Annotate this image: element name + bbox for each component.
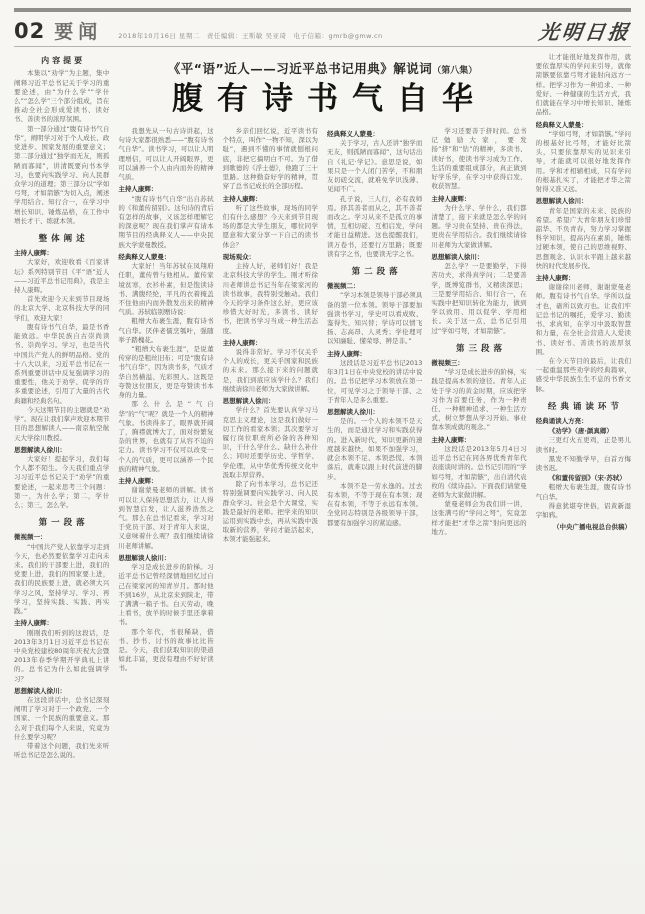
section-heading: 经典诵读环节: [536, 401, 631, 413]
body-paragraph: 第一部分通过“腹有诗书气自华”，阐明学习对于个人成长、政党进步、国家发展的重要意…: [14, 125, 109, 226]
body-paragraph: 孔子说，三人行，必有我师焉。择其善者而从之，其不善者而改之。学习从来不是孤立的事…: [327, 195, 422, 260]
speaker-label: 微视频三：: [431, 359, 526, 368]
body-paragraph: 乡亲们回忆说，近平读书有个特点，叫作“一物不知，深以为耻”，遇到不懂的事情就刨根…: [223, 127, 318, 192]
speaker-label: 思想解读人徐川：: [431, 253, 526, 262]
speaker-label: 思想解读人徐川：: [14, 687, 109, 696]
speaker-label: 经典诵读人方亮：: [536, 417, 631, 426]
body-paragraph: 主持人好，老师们好！我是北京科技大学的学生。刚才听徐川老师讲总书记当年在梁家河的…: [223, 262, 318, 336]
body-paragraph: 说得非常好。学习不仅关乎个人的成长，更关乎国家和民族的未来。那么接下来的问题就是…: [223, 348, 318, 394]
body-paragraph: 听了这些故事，现场的同学们有什么感想？今天来到节目现场的都是大学生朋友，哪位同学…: [223, 204, 318, 250]
speaker-label: 经典释义人蒙曼：: [536, 121, 631, 130]
kicker-text: 《平“语”近人——习近平总书记用典》解说词: [168, 61, 432, 76]
body-paragraph: 是的。一个人的本领不是天生的，而是通过学习和实践获得的。进入新时代，知识更新的速…: [327, 417, 422, 482]
verse-line: 黑发不知勤学早，白首方悔读书迟。: [536, 455, 631, 473]
body-paragraph: 大家好！提起学习，我们每个人都不陌生。今天我们重点学习习近平总书记关于“劝学”的…: [14, 455, 109, 510]
speaker-label: 微视频一：: [14, 533, 109, 542]
page-number: 02: [14, 21, 45, 42]
text-column-6: 让才能很好地发挥作用，就要依靠厚实的学问来引导，就像箭镞要依靠弓弩才能射向远方一…: [536, 53, 631, 906]
speaker-label: 现场观众：: [223, 253, 318, 262]
body-paragraph: 大家好，欢迎收看《百家讲坛》系列特别节目《平“语”近人——习近平总书记用典》，我…: [14, 258, 109, 295]
header-rule: [14, 46, 631, 47]
body-paragraph: 让才能很好地发挥作用，就要依靠厚实的学问来引导，就像箭镞要依靠弓弩才能射向远方一…: [536, 53, 631, 118]
speaker-label: 主持人康辉：: [431, 195, 526, 204]
body-paragraph: “中国共产党人依靠学习走到今天，也必然要依靠学习走向未来。我们的干部要上进，我们…: [14, 543, 109, 617]
speaker-label: 主持人康辉：: [118, 185, 213, 194]
newspaper-page: 02 要闻 2018年10月16日 星期二 责任编辑：王斯敏 吴亚琦 电子信箱：…: [0, 0, 645, 914]
text-column-4: 经典释义人蒙曼：关于学习，古人还讲“独学而无友，则孤陋而寡闻”，这句话出自《礼记…: [327, 127, 422, 906]
body-paragraph: 在今天节目的最后，让我们一起重温那些劝学的经典篇章，感受中华民族生生不息的书香文…: [536, 357, 631, 394]
top-rule: [14, 8, 631, 12]
section-heading: 第三段落: [431, 343, 526, 355]
body-paragraph: “粗缯大布裹生涯”，是说董传穿的是粗丝旧布；可是“腹有诗书气自华”，因为读书多，…: [118, 345, 213, 400]
body-paragraph: 带着这个问题，我们先来听听总书记是怎么说的。: [14, 742, 109, 760]
body-paragraph: 我想先从一句古诗讲起，这句诗大家都很熟悉——“腹有诗书气自华”。读书学习，可以让…: [118, 127, 213, 182]
speaker-label: 主持人康辉：: [14, 619, 109, 628]
body-paragraph: 除了向书本学习，总书记还特别强调要向实践学习、向人民群众学习。社会是个大课堂，实…: [223, 480, 318, 545]
section-heading: 第一段落: [14, 517, 109, 529]
body-paragraph: 学习还要善于挤时间。总书记勉励大家，要发扬“挤”和“钻”的精神，多读书、读好书，…: [431, 127, 526, 192]
verse-line: 粗缯大布裹生涯，腹有诗书气自华。厌伴老儒烹瓠叶，强随举子踏槐花。: [118, 317, 213, 345]
body-paragraph: “腹有诗书气自华”出自苏轼的《和董传留别》。这句诗的背后有怎样的故事，又该怎样理…: [118, 195, 213, 250]
speaker-label: 主持人康辉：: [536, 274, 631, 283]
body-paragraph: 为什么学、学什么，我们都清楚了，接下来就是怎么学的问题。学习贵在坚持、贵在得法，…: [431, 204, 526, 250]
body-paragraph: 这段话是2013年5月4日习近平总书记在同各界优秀青年代表座谈时讲的。总书记引用…: [431, 445, 526, 500]
article-kicker: 《平“语”近人——习近平总书记用典》解说词（第八集）: [118, 58, 526, 77]
speaker-label: 主持人康辉：: [431, 436, 526, 445]
body-paragraph: 刚刚我们听到的这段话，是2013年3月1日习近平总书记在中央党校建校80周年庆祝…: [14, 629, 109, 684]
verse-title: 《劝学》（唐·颜真卿）: [536, 427, 631, 436]
body-paragraph: 那么什么是“气自华”的“气”呢？就是一个人的精神气象。书读得多了，眼界就开阔了，…: [118, 400, 213, 474]
speaker-label: 微视频二：: [327, 282, 422, 291]
section-title: 要闻: [54, 23, 102, 42]
section-heading: 第二段落: [327, 266, 422, 278]
article-headline: 腹有诗书气自华: [118, 82, 526, 116]
speaker-label: 思想解读人徐川：: [14, 446, 109, 455]
body-paragraph: “学习本领是领导干部必须具备的第一位本领。领导干部要加强读书学习，学史可以看成败…: [327, 291, 422, 346]
body-paragraph: 首先欢迎今天来到节目现场的北京大学、北京科技大学的同学们，欢迎大家！: [14, 295, 109, 323]
body-paragraph: 在这段讲话中，总书记深刻阐明了学习对于一个政党、一个国家、一个民族的重要意义。那…: [14, 696, 109, 742]
text-column-1: 内容提要本集以“劝学”为主题，集中阐释习近平总书记关于学习的重要论述，由“为什么…: [14, 53, 109, 906]
verse-line: 粗缯大布裹生涯，腹有诗书气自华。: [536, 483, 631, 501]
body-paragraph: 蒙曼老师会为我们讲一讲，这张满弓的“学问之弩”，究竟怎样才能把“才华之箭”射向更…: [431, 500, 526, 537]
dateline: 2018年10月16日 星期二 责任编辑：王斯敏 吴亚琦 电子信箱：gmrb@g…: [118, 31, 382, 40]
body-paragraph: “学习是成长进步的阶梯，实践是提高本领的途径。青年人正处于学习的黄金时期，应该把…: [431, 368, 526, 433]
summary-heading: 内容提要: [14, 55, 109, 66]
body-paragraph: 那个年代，书很稀缺，借书、抄书、讨书的故事比比皆是。今天，我们获取知识的渠道如此…: [118, 628, 213, 674]
speaker-label: 主持人康辉：: [327, 350, 422, 359]
body-paragraph: 大家好！当年苏轼在凤翔府任职，董传曾与他相从。董传家境贫寒，衣衫朴素，但是饱读诗…: [118, 262, 213, 317]
text-column-5: 学习还要善于挤时间。总书记勉励大家，要发扬“挤”和“钻”的精神，多读书、读好书，…: [431, 127, 526, 906]
speaker-label: 主持人康辉：: [223, 195, 318, 204]
kicker-episode-note: （第八集）: [432, 66, 477, 76]
speaker-label: 思想解读人徐川：: [327, 408, 422, 417]
speaker-label: 思想解读人徐川：: [536, 197, 631, 206]
speaker-label: 思想解读人徐川：: [118, 554, 213, 563]
verse-line: 得意犹堪夸世俗，诏黄新湿字如鸦。: [536, 502, 631, 520]
verse-line: 三更灯火五更鸡，正是男儿读书时。: [536, 436, 631, 454]
body-paragraph: 这段话是习近平总书记2013年3月1日在中央党校的讲话中说的。总书记把学习本领放…: [327, 359, 422, 405]
text-column-3: 乡亲们回忆说，近平读书有个特点，叫作“一物不知，深以为耻”，遇到不懂的事情就刨根…: [223, 127, 318, 906]
body-paragraph: 关于学习，古人还讲“独学而无友，则孤陋而寡闻”，这句话出自《礼记·学记》。意思是…: [327, 139, 422, 194]
body-paragraph: 谢谢蒙曼老师的讲解。读书可以让人保持思想活力，让人得到智慧启发，让人滋养浩然之气…: [118, 486, 213, 551]
body-paragraph: 今天这期节目的主题就是“劝学”。现在让我们掌声欢迎本期节目的思想解读人——南京航…: [14, 406, 109, 443]
body-paragraph: “学如弓弩，才如箭镞。”学问的根基好比弓弩，才能好比箭头，只要依靠厚实的见识来引…: [536, 130, 631, 195]
page-header: 02 要闻 2018年10月16日 星期二 责任编辑：王斯敏 吴亚琦 电子信箱：…: [14, 16, 631, 42]
text-column-2: 我想先从一句古诗讲起，这句诗大家都很熟悉——“腹有诗书气自华”。读书学习，可以让…: [118, 127, 213, 906]
speaker-label: 经典释义人蒙曼：: [327, 130, 422, 139]
credit-line: （中央广播电视总台供稿）: [536, 523, 631, 532]
speaker-label: 主持人康辉：: [223, 339, 318, 348]
masthead-logo: 光明日报: [538, 22, 633, 42]
page-body: 《平“语”近人——习近平总书记用典》解说词（第八集） 腹有诗书气自华 内容提要本…: [14, 53, 631, 906]
body-paragraph: 腹有诗书气自华，最是书香能致远。中华民族自古崇尚读书、崇尚学习。学习，也是当代中…: [14, 323, 109, 406]
speaker-label: 经典释义人蒙曼：: [118, 253, 213, 262]
speaker-label: 主持人康辉：: [118, 477, 213, 486]
body-paragraph: 谢谢徐川老师，谢谢蒙曼老师。腹有诗书气自华。学所以益才也，砺所以致刃也。让我们牢…: [536, 283, 631, 357]
body-paragraph: 学什么？首先要认真学习马克思主义理论，这是我们做好一切工作的看家本领；其次要学习…: [223, 406, 318, 480]
speaker-label: 思想解读人徐川：: [223, 397, 318, 406]
body-paragraph: 本领不是一劳永逸的。过去有本领，不等于现在有本领；现在有本领，不等于永远有本领。…: [327, 482, 422, 528]
body-paragraph: 学习是成长进步的阶梯。习近平总书记曾经深情地回忆过自己在梁家河的知青岁月。那时他…: [118, 563, 213, 628]
body-paragraph: 青年是国家的未来、民族的希望。希望广大青年朋友们珍惜韶华、不负青春，努力学习掌握…: [536, 207, 631, 272]
body-paragraph: 怎么学？一是要勤学，下得苦功夫，求得真学问；二是要善学，既博览群书，又精读深思；…: [431, 262, 526, 336]
speaker-label: 主持人康辉：: [14, 249, 109, 258]
body-paragraph: 本集以“劝学”为主题，集中阐释习近平总书记关于学习的重要论述，由“为什么学”“学…: [14, 69, 109, 124]
article-title-block: 《平“语”近人——习近平总书记用典》解说词（第八集） 腹有诗书气自华: [118, 53, 526, 127]
section-heading: 整体阐述: [14, 233, 109, 245]
